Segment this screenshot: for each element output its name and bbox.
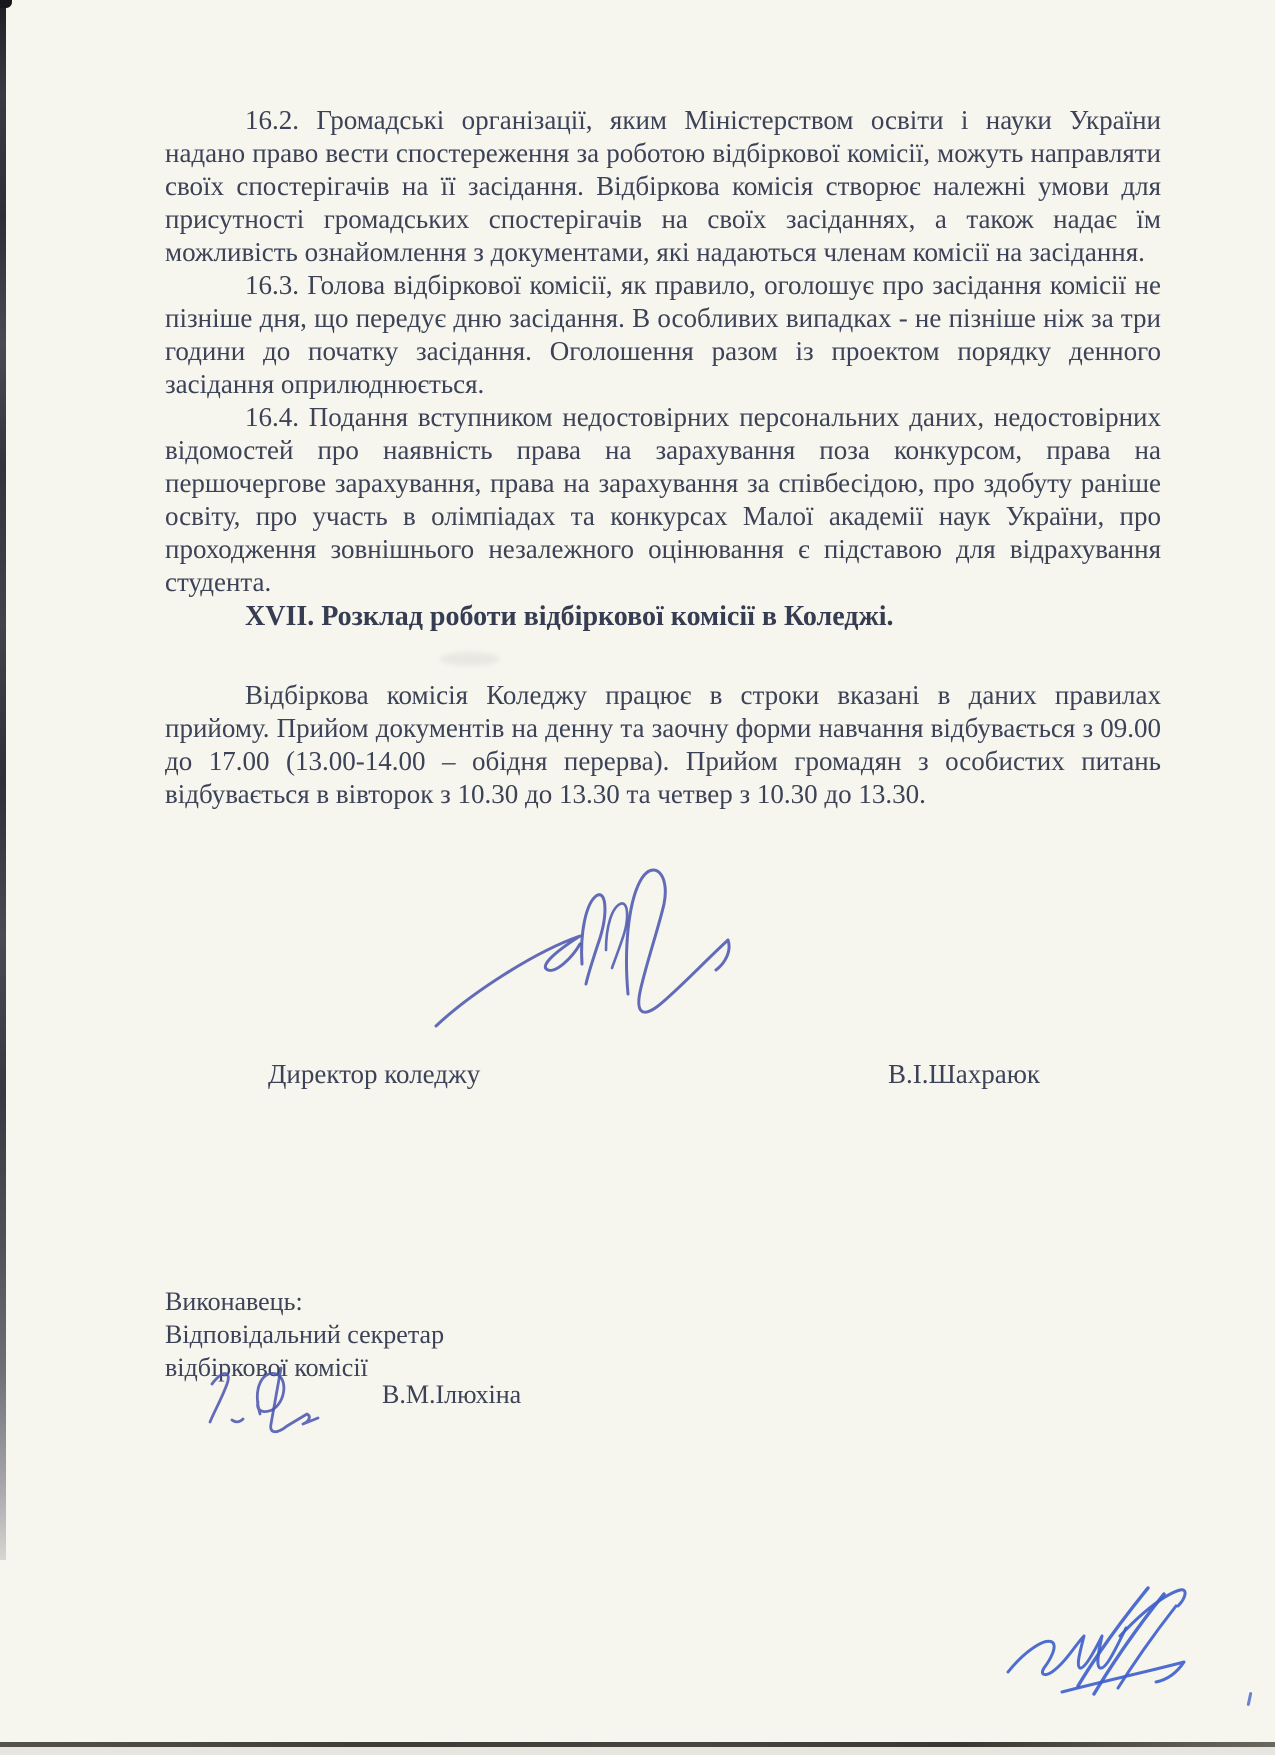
- executor-name: В.М.Ілюхіна: [382, 1378, 521, 1411]
- secretary-signature: [196, 1360, 326, 1443]
- document-body: 16.2. Громадські організації, яким Мініс…: [165, 104, 1161, 811]
- schedule-paragraph: Відбіркова комісія Коледжу працює в стро…: [165, 679, 1161, 811]
- director-label: Директор коледжу: [268, 1058, 480, 1091]
- paragraph-16-3: 16.3. Голова відбіркової комісії, як пра…: [165, 269, 1161, 401]
- director-name: В.І.Шахраюк: [888, 1058, 1040, 1091]
- scan-edge-below: [0, 1747, 1275, 1755]
- paragraph-16-2: 16.2. Громадські організації, яким Мініс…: [165, 104, 1161, 269]
- scan-edge-corner-notch: [0, 0, 12, 8]
- executor-role-line1: Відповідальний секретар: [165, 1318, 444, 1351]
- scanned-document-page: 16.2. Громадські організації, яким Мініс…: [0, 0, 1275, 1755]
- footer-signature: [1000, 1580, 1195, 1717]
- section-heading-xvii: XVII. Розклад роботи відбіркової комісії…: [165, 599, 1161, 635]
- director-signature: [430, 866, 740, 1046]
- scan-edge-left: [0, 0, 6, 1560]
- executor-title: Виконавець:: [165, 1285, 444, 1318]
- stray-ink-mark: [1247, 1692, 1253, 1706]
- paragraph-16-4: 16.4. Подання вступником недостовірних п…: [165, 401, 1161, 599]
